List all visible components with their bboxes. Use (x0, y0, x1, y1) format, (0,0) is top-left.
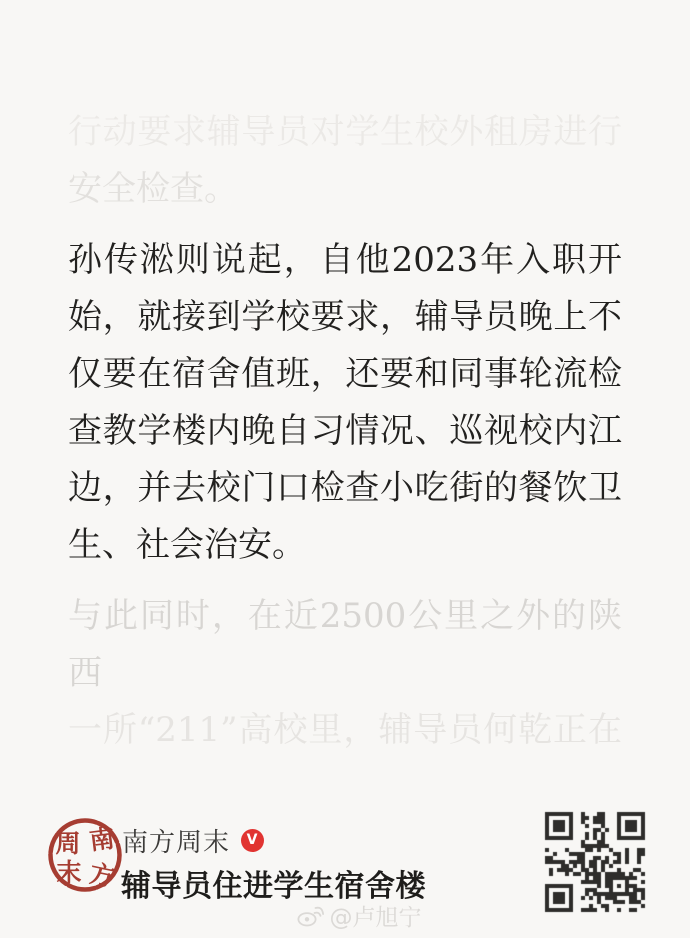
text-line: 查教学楼内晚自习情况、巡视校内江 (68, 403, 622, 460)
text-line: 行动要求辅导员对学生校外租房进行 (68, 104, 622, 161)
weibo-icon (297, 905, 324, 927)
brand-name: 南方周末 (122, 822, 230, 859)
paragraph-highlight: 孙传淞则说起，自他2023年入职开 始，就接到学校要求，辅导员晚上不 仅要在宿舍… (68, 232, 622, 574)
text-line: 仅要在宿舍值班，还要和同事轮流检 (68, 346, 622, 403)
text-line: 生、社会治安。 (68, 517, 622, 574)
verified-badge-icon: V (241, 829, 264, 852)
weibo-watermark: @卢旭宁 (14, 899, 690, 932)
text-line: 始，就接到学校要求，辅导员晚上不 (68, 289, 622, 346)
seal-character: 末 (56, 858, 81, 887)
watermark-handle: @卢旭宁 (330, 899, 422, 932)
southern-weekly-seal-logo: 周 南 末 方 (46, 816, 124, 894)
paragraph-context-before: 行动要求辅导员对学生校外租房进行 安全检查。 (68, 104, 622, 218)
text-line: 安全检查。 (68, 161, 622, 218)
seal-character: 南 (88, 824, 116, 856)
verified-badge-letter: V (247, 832, 259, 848)
brand-row: 南方周末 V (122, 826, 264, 854)
quote-card: 行动要求辅导员对学生校外租房进行 安全检查。 孙传淞则说起，自他2023年入职开… (0, 0, 690, 938)
seal-character: 方 (87, 859, 117, 893)
text-line: 边，并去校门口检查小吃街的餐饮卫 (68, 460, 622, 517)
text-line: 与此同时，在近2500公里之外的陕西 (68, 588, 622, 702)
article-text: 行动要求辅导员对学生校外租房进行 安全检查。 孙传淞则说起，自他2023年入职开… (68, 104, 622, 773)
seal-character: 周 (55, 829, 80, 858)
text-line: 孙传淞则说起，自他2023年入职开 (68, 232, 622, 289)
paragraph-context-after: 与此同时，在近2500公里之外的陕西 一所“211”高校里，辅导员何乾正在 (68, 588, 622, 759)
text-line: 一所“211”高校里，辅导员何乾正在 (68, 702, 622, 759)
